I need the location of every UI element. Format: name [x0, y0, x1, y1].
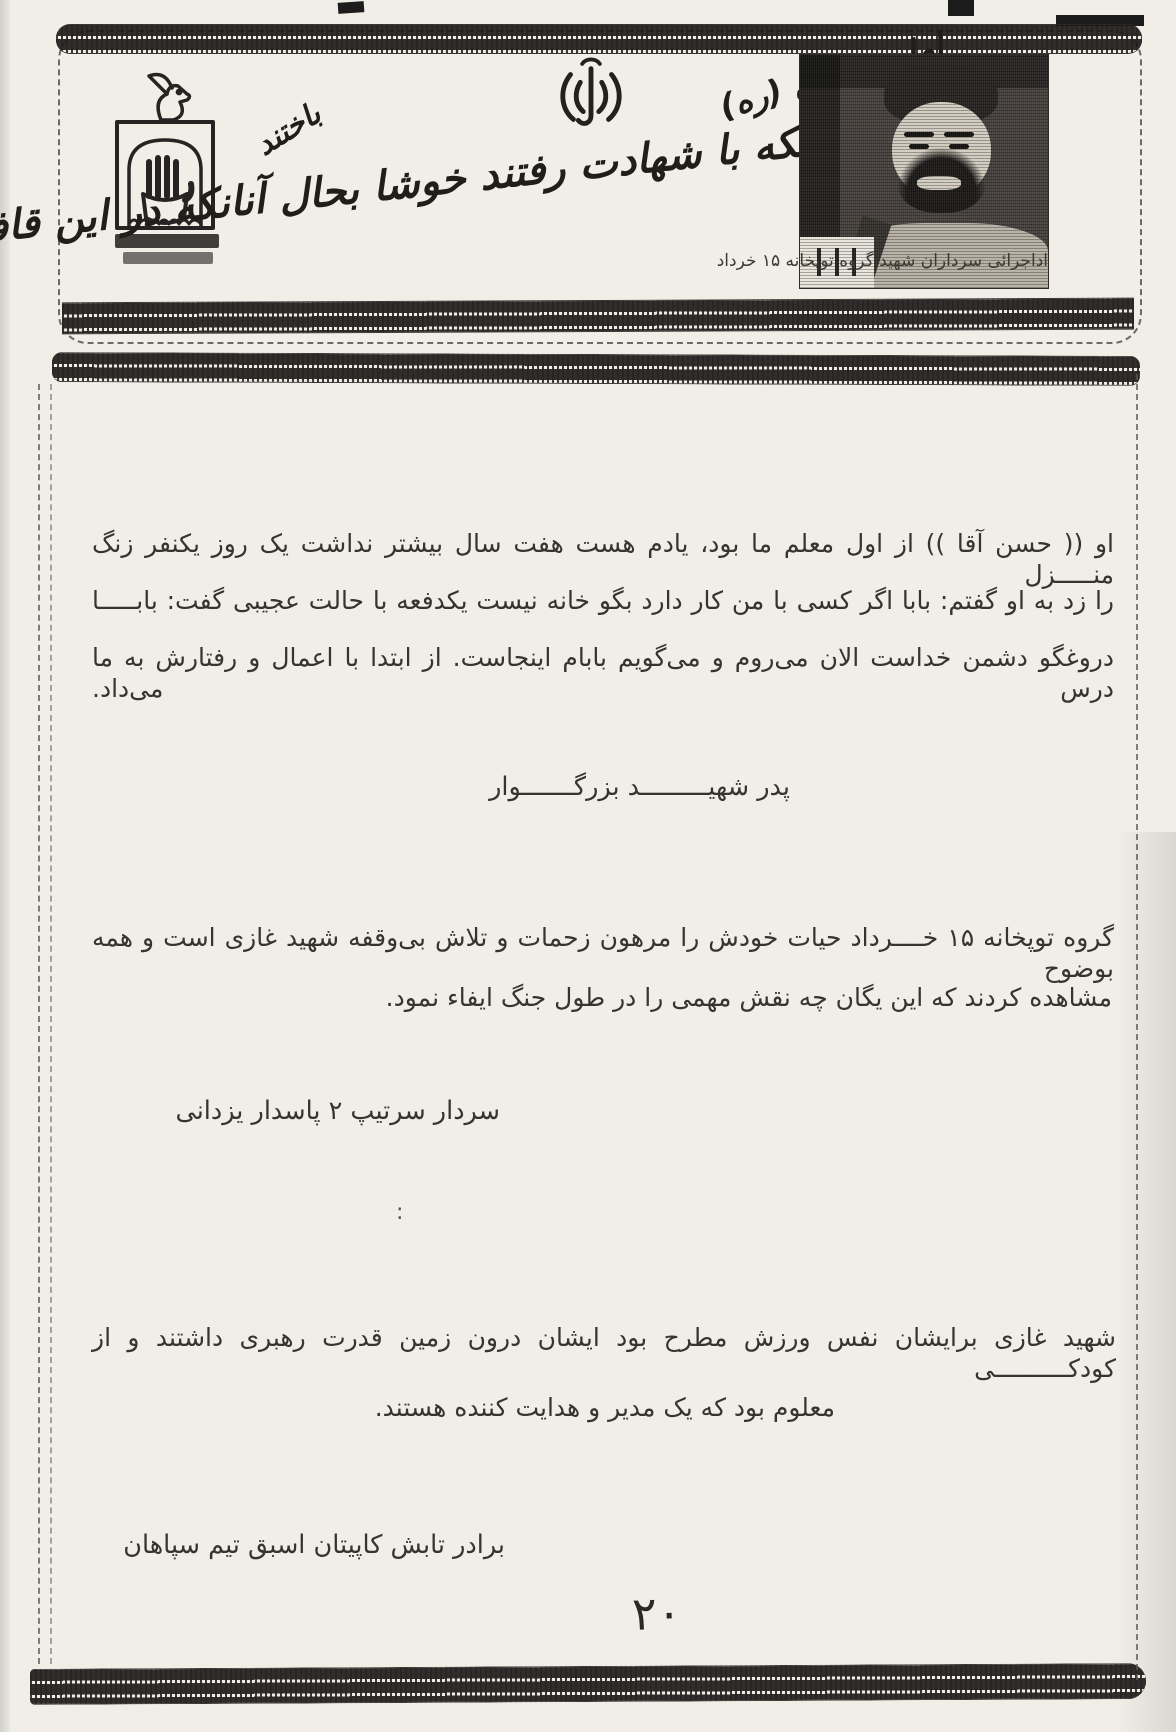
scan-artifact-top-right-blob	[948, 0, 974, 16]
paragraph2-line1: گروه توپخانه ۱۵ خــــرداد حیات خودش را م…	[92, 922, 1114, 985]
paragraph1-line3: دروغگو دشمن خداست الان می‌روم و می‌گویم …	[92, 642, 1114, 705]
paragraph2-line2: مشاهده کردند که این یگان چه نقش مهمی را …	[386, 982, 1112, 1013]
main-frame-right-border	[1136, 374, 1138, 1680]
scanned-memorial-document: { "page": { "number": "۲۰" }, "header": …	[0, 0, 1176, 1732]
photo-caption: اداجرائی سرداران شهید گروه توپخانه ۱۵ خر…	[717, 251, 1048, 271]
paragraph3-line2: معلوم بود که یک مدیر و هدایت کننده هستند…	[375, 1392, 835, 1423]
signature-father-of-martyr: پدر شهیـــــــــد بزرگـــــــوار	[489, 772, 790, 802]
iran-allah-emblem-icon	[552, 55, 630, 137]
ornament-strip-main-top	[52, 352, 1140, 386]
ornament-strip-header-bottom	[62, 298, 1134, 335]
paragraph1-line2: را زد به او گفتم: بابا اگر کسی با من کار…	[92, 585, 1114, 616]
paragraph3-line1: شهید غازی برایشان نفس ورزش مطرح بود ایشا…	[92, 1322, 1116, 1385]
paragraph1-line1: او (( حسن آقا )) از اول معلم ما بود، یاد…	[92, 528, 1114, 591]
main-frame-left-border-inner	[50, 384, 52, 1664]
ornament-strip-header-top	[56, 24, 1142, 54]
scan-artifact-top-tick	[338, 1, 365, 14]
dove-hand-emblem-icon	[95, 66, 235, 273]
signature-sardar-yazdani: سردار سرتیپ ۲ پاسدار یزدانی	[175, 1096, 500, 1126]
ornament-strip-main-bottom	[30, 1663, 1146, 1705]
signature-brother-tabesh: برادر تابش کاپیتان اسبق تیم سپاهان	[123, 1530, 505, 1560]
main-frame-left-border-outer	[38, 384, 40, 1664]
page-number: ۲۰	[631, 1585, 682, 1641]
scanner-shade	[1116, 832, 1176, 1732]
dove-eye	[177, 90, 180, 93]
stray-colon-mark: :	[396, 1200, 403, 1225]
scanner-edge-shadow	[0, 0, 11, 1732]
